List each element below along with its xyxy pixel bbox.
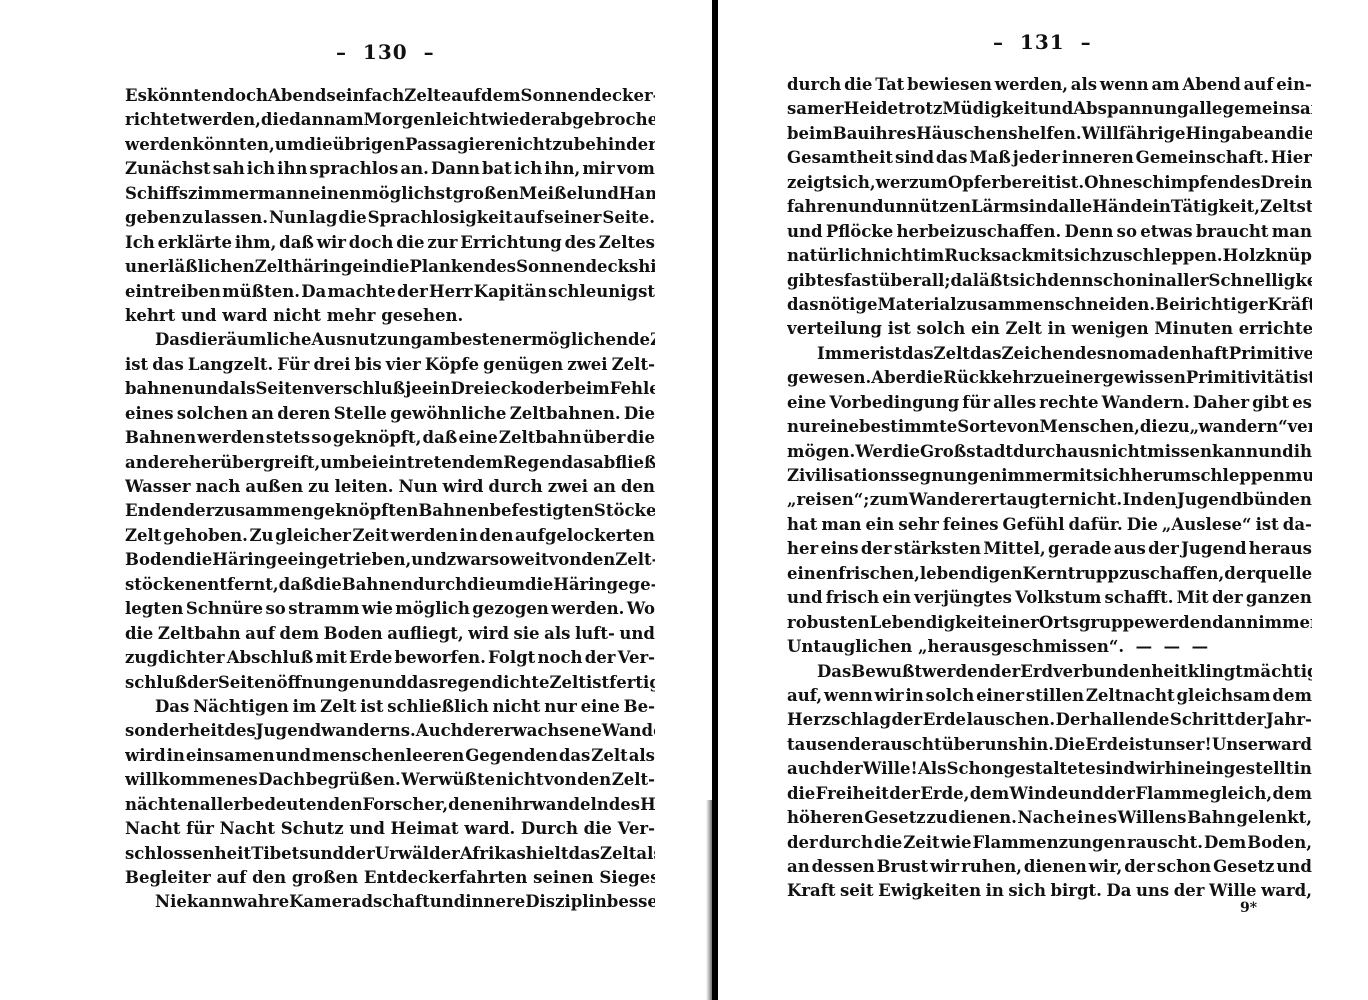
line-word: einsamen xyxy=(186,744,275,768)
line-word: solchen xyxy=(177,402,248,426)
text-line: NachtfürNachtSchutzundHeimatward.Durchdi… xyxy=(125,817,655,841)
line-word: möglich xyxy=(395,597,470,621)
text-line: andereherübergreift,umbeieintretendemReg… xyxy=(125,451,655,475)
line-word: eintretendem xyxy=(378,451,503,475)
line-word: eine xyxy=(787,391,826,415)
text-line: schlußderSeitenöffnungenunddasregendicht… xyxy=(125,671,655,695)
line-word: Zelt xyxy=(320,695,356,719)
line-word: an xyxy=(1264,122,1287,146)
line-word: da- xyxy=(1283,513,1312,537)
line-word: noch xyxy=(537,646,582,670)
text-line: wirdineinsamenundmenschenleerenGegendend… xyxy=(125,744,655,768)
line-word: Errichtung xyxy=(460,231,561,255)
line-word: und xyxy=(1258,440,1294,464)
line-word: Herzschlag xyxy=(787,708,891,732)
line-word: um xyxy=(275,133,304,157)
text-line: eintreibenmüßten.DamachtederHerrKapitäns… xyxy=(125,280,655,304)
line-word: in xyxy=(986,879,1004,903)
line-word: innere xyxy=(465,890,525,914)
line-word: Nun xyxy=(399,475,438,499)
line-word: braucht xyxy=(1196,220,1269,244)
line-word: werden xyxy=(197,426,264,450)
line-word: werden xyxy=(125,133,192,157)
line-word: aller xyxy=(1166,269,1208,293)
text-line: Bahnenwerdenstetssogeknöpft,daßeineZeltb… xyxy=(125,426,655,450)
line-word: n xyxy=(1084,806,1096,830)
line-word: Zelt- xyxy=(615,548,655,572)
line-word: Primitiven xyxy=(1229,342,1312,366)
line-word: zeigt xyxy=(787,171,832,195)
line-word: stets xyxy=(266,426,310,450)
line-word: Forscher, xyxy=(363,793,449,817)
line-word: sie xyxy=(513,622,539,646)
line-word: Das xyxy=(155,695,189,719)
line-word: Immer xyxy=(817,342,879,366)
line-word: auf xyxy=(245,622,275,646)
line-word: Afrikas xyxy=(460,842,526,866)
line-word: Nacht xyxy=(125,817,180,841)
line-word: das xyxy=(559,744,591,768)
line-word: unerläßlichen xyxy=(125,255,255,279)
line-word: so xyxy=(490,548,510,572)
line-word: so xyxy=(265,597,285,621)
line-word: dann xyxy=(289,108,335,132)
line-word: zu xyxy=(182,206,203,230)
line-word: zum xyxy=(909,171,948,195)
line-word: die xyxy=(844,73,872,97)
text-line: auf,wennwirinsolcheinerstillenZeltnachtg… xyxy=(787,684,1312,708)
line-word: Das xyxy=(155,328,189,352)
line-word: geknöpft, xyxy=(333,426,421,450)
line-word: gelenkt, xyxy=(1236,806,1312,830)
line-word: Opfer xyxy=(948,171,1000,195)
line-word: Dem xyxy=(1204,831,1246,855)
line-word: durch xyxy=(787,73,841,97)
line-word: den xyxy=(479,524,513,548)
line-word: dem xyxy=(970,782,1010,806)
text-line: natürlichnichtimRucksackmitsichzuschlepp… xyxy=(787,244,1312,268)
line-word: er- xyxy=(633,84,655,108)
line-word: aufgelockerten xyxy=(515,524,655,548)
line-word: durchaus xyxy=(1013,440,1099,464)
line-word: regendichte xyxy=(438,671,549,695)
line-word: nicht xyxy=(873,244,921,268)
line-word: als xyxy=(544,622,570,646)
line-word: das xyxy=(936,146,968,170)
line-word: und xyxy=(349,817,385,841)
line-word: Ver- xyxy=(618,817,655,841)
line-word: wir xyxy=(930,855,959,879)
line-word: schluß xyxy=(125,671,187,695)
line-word: i xyxy=(1077,806,1083,830)
line-word: Da xyxy=(301,280,326,304)
line-word: durch xyxy=(819,831,873,855)
left-page: – 130 – EskönntendochAbendseinfachZeltea… xyxy=(0,0,712,1000)
line-word: des xyxy=(1075,342,1106,366)
line-word: Erde xyxy=(349,646,392,670)
line-word: hin. xyxy=(1018,733,1054,757)
line-word: Jugendwanderns. xyxy=(256,719,416,743)
line-word: Durch xyxy=(521,817,578,841)
line-word: jeder xyxy=(1013,146,1060,170)
line-word: das xyxy=(970,342,1002,366)
line-word: das xyxy=(902,342,934,366)
line-word: Abschluß xyxy=(227,646,313,670)
text-line: gebenzulassen.NunlagdieSprachlosigkeitau… xyxy=(125,206,655,230)
line-word: Zelt xyxy=(591,744,627,768)
line-word: Zelt- xyxy=(612,353,655,377)
text-line: andessenBrustwirruhen,dienenwir,derschon… xyxy=(787,855,1312,879)
line-word: so xyxy=(1117,220,1137,244)
line-word: stärksten xyxy=(894,537,981,561)
line-word: je xyxy=(405,377,421,401)
line-word: an xyxy=(593,475,616,499)
line-word: Tätigkeit, xyxy=(1171,195,1260,219)
line-word: oder xyxy=(522,377,564,401)
line-word: bat xyxy=(482,157,512,181)
line-word: Wanderer xyxy=(909,488,999,512)
line-word: stöcken xyxy=(125,573,197,597)
line-word: rauscht xyxy=(871,733,941,757)
line-word: Hier xyxy=(1271,146,1312,170)
line-word: für xyxy=(962,391,990,415)
text-line: DasBewußtwerdenderErdverbundenheitklingt… xyxy=(787,660,1312,684)
line-word: läßt xyxy=(973,269,1010,293)
line-word: ihre xyxy=(1294,440,1312,464)
line-word: sind xyxy=(1019,195,1058,219)
line-word: die xyxy=(467,573,495,597)
text-line: dasnötigeMaterialzusammenschneiden.Beiri… xyxy=(787,293,1312,317)
line-word: vom xyxy=(617,157,655,181)
line-word: werden. xyxy=(551,597,624,621)
line-word: zum xyxy=(870,488,909,512)
line-word: überall; xyxy=(878,269,950,293)
line-word: feines xyxy=(943,513,999,537)
line-word: richtet xyxy=(125,108,188,132)
line-word: willkommenes xyxy=(125,768,258,792)
line-word: in xyxy=(1153,195,1171,219)
line-word: auf xyxy=(451,84,481,108)
line-word: daß xyxy=(279,573,314,597)
line-word: schimpfendes xyxy=(1133,171,1261,195)
line-word: schaffen, xyxy=(1140,562,1224,586)
line-word: ihres xyxy=(869,122,916,146)
line-word: Vorbedingung xyxy=(829,391,959,415)
line-word: vier xyxy=(386,353,421,377)
line-word: gewissen xyxy=(1102,366,1186,390)
text-line: kehrt und ward nicht mehr gesehen. xyxy=(125,304,655,328)
line-word: Fehlen xyxy=(610,377,655,401)
line-word: uns xyxy=(985,733,1018,757)
line-word: gibt xyxy=(787,269,824,293)
text-line: Icherklärteihm,daßwirdochdiezurErrichtun… xyxy=(125,231,655,255)
line-word: Zelt xyxy=(125,524,161,548)
line-word: wieder xyxy=(488,108,550,132)
text-line: GesamtheitsinddasMaßjederinnerenGemeinsc… xyxy=(787,146,1312,170)
line-word: ist xyxy=(360,695,383,719)
line-word: sich, xyxy=(832,171,875,195)
line-word: auf xyxy=(514,206,544,230)
line-word: seiner xyxy=(544,206,601,230)
line-word: zu xyxy=(1033,366,1054,390)
line-word: der xyxy=(889,782,920,806)
line-word: Urwälder xyxy=(375,842,460,866)
line-word: ein xyxy=(422,377,451,401)
line-word: gewöhnliche xyxy=(390,402,506,426)
line-word: zu xyxy=(1168,415,1189,439)
text-line: zugdichterAbschlußmitErdebeworfen.Folgtn… xyxy=(125,646,655,670)
line-word: wandelndes xyxy=(532,793,641,817)
line-word: für xyxy=(186,817,214,841)
line-word: um xyxy=(495,573,524,597)
line-word: Zeltbahnen. xyxy=(510,402,621,426)
line-word: wird xyxy=(125,744,166,768)
line-word: Sorte xyxy=(957,415,1007,439)
line-word: Nie xyxy=(155,890,187,914)
line-word: am xyxy=(422,328,450,352)
line-word: der xyxy=(184,499,215,523)
line-word: man xyxy=(821,513,861,537)
line-word: e xyxy=(1097,806,1108,830)
line-word: einen xyxy=(787,562,838,586)
line-word: fertig. xyxy=(609,671,655,695)
line-word: das xyxy=(562,451,594,475)
line-word: schon xyxy=(1094,269,1148,293)
line-word: die xyxy=(1140,415,1168,439)
text-line: BodendieHäringeeingetrieben,undzwarsowei… xyxy=(125,548,655,572)
line-word: werden xyxy=(391,524,458,548)
text-line: KraftseitEwigkeiteninsichbirgt.DaunsderW… xyxy=(787,879,1312,903)
line-word: der xyxy=(892,708,923,732)
line-word: des xyxy=(224,719,255,743)
line-word: und xyxy=(1276,855,1312,879)
line-word: birgt. xyxy=(1051,879,1102,903)
line-word: Bahn xyxy=(1187,806,1236,830)
line-word: über xyxy=(583,426,626,450)
line-word: „wandern“ xyxy=(1190,415,1288,439)
line-word: über xyxy=(942,733,985,757)
text-line: EndenderzusammengeknöpftenBahnenbefestig… xyxy=(125,499,655,523)
line-word: gleicher xyxy=(275,524,351,548)
line-word: Menschen, xyxy=(1040,415,1140,439)
line-word: Volkstum xyxy=(1015,586,1101,610)
line-word: der xyxy=(1104,782,1135,806)
line-word: des xyxy=(485,255,516,279)
line-word: „reisen“; xyxy=(787,488,869,512)
line-word: das xyxy=(152,353,184,377)
line-word: immer xyxy=(1001,464,1061,488)
line-word: Passagiere xyxy=(405,133,504,157)
line-word: Lebendigkeit xyxy=(870,611,991,635)
line-word: fahren xyxy=(787,195,848,219)
line-word: da xyxy=(951,269,973,293)
line-word: zu xyxy=(1119,562,1140,586)
line-word: zugdichter xyxy=(125,646,225,670)
line-word: rechte xyxy=(1039,391,1098,415)
line-word: nicht. xyxy=(1068,488,1122,512)
line-word: wie xyxy=(362,597,393,621)
line-word: wenn xyxy=(1100,73,1149,97)
line-word: nötige xyxy=(819,293,878,317)
line-word: herübergreift, xyxy=(189,451,320,475)
line-word: Häringe xyxy=(553,573,628,597)
line-word: Seite. xyxy=(602,206,655,230)
line-word: Zelt- xyxy=(612,768,655,792)
line-word: ist xyxy=(1256,513,1279,537)
line-word: Kameradschaft xyxy=(289,890,430,914)
line-word: zwar xyxy=(447,548,490,572)
line-word: eintreiben xyxy=(125,280,221,304)
line-word: Erde xyxy=(923,708,966,732)
line-word: bahnen xyxy=(125,377,194,401)
line-word: Zivilisationssegnungen xyxy=(787,464,1001,488)
line-word: dafür. xyxy=(1069,513,1123,537)
line-word: Zeit xyxy=(903,831,939,855)
line-word: bereit xyxy=(1000,171,1055,195)
line-word: zusammenschneiden. xyxy=(956,293,1155,317)
text-line: ImmeristdasZeltdasZeichendesnomadenhaftP… xyxy=(787,342,1312,366)
line-word: mit xyxy=(315,646,346,670)
line-word: wird xyxy=(468,622,509,646)
line-word: gleichsam xyxy=(1177,684,1271,708)
line-word: ge- xyxy=(629,573,655,597)
line-word: den xyxy=(581,548,615,572)
line-word: gerade xyxy=(1048,537,1111,561)
text-line: nureinebestimmteSortevonMenschen,diezu„w… xyxy=(787,415,1312,439)
line-word: werden, xyxy=(995,73,1068,97)
line-word: ward. xyxy=(464,817,515,841)
line-word: außen xyxy=(245,475,303,499)
line-word: sprachlos xyxy=(310,157,399,181)
line-word: Boden xyxy=(125,548,184,572)
line-word: als xyxy=(629,744,655,768)
line-word: Disziplin xyxy=(525,890,607,914)
line-word: Wille! xyxy=(863,757,918,781)
line-word: machte xyxy=(327,280,395,304)
line-word: zur xyxy=(427,231,457,255)
line-word: die xyxy=(396,231,424,255)
line-word: Planken xyxy=(409,255,484,279)
line-word: Primitivität xyxy=(1186,366,1293,390)
line-word: der xyxy=(585,646,616,670)
line-word: bestimmte xyxy=(859,415,957,439)
line-word: an xyxy=(787,855,810,879)
line-text: verteilung ist solch ein Zelt in wenigen… xyxy=(787,317,1312,341)
line-word: Ohne xyxy=(1084,171,1133,195)
line-word: Bahnen xyxy=(418,499,489,523)
line-word: sich xyxy=(1008,879,1046,903)
line-word: am xyxy=(335,108,363,132)
line-word: luft- xyxy=(575,622,615,646)
line-word: Boden, xyxy=(1247,831,1312,855)
line-word: nach xyxy=(196,475,241,499)
line-word: Bahnen xyxy=(342,573,413,597)
line-word: schafft. xyxy=(1105,586,1174,610)
line-word: lebendigen xyxy=(920,562,1023,586)
text-line: einenfrischen,lebendigenKerntruppzuschaf… xyxy=(787,562,1312,586)
text-line: mögen.WerdieGroßstadtdurchausnichtmissen… xyxy=(787,440,1312,464)
line-text: kehrt und ward nicht mehr gesehen. xyxy=(125,304,463,328)
line-word: ist xyxy=(125,353,148,377)
line-word: stillen xyxy=(1026,684,1084,708)
line-word: Hingabe xyxy=(1186,122,1264,146)
line-word: dem xyxy=(1272,782,1312,806)
line-word: Rückkehr xyxy=(943,366,1033,390)
line-word: Zeltbahn xyxy=(499,426,582,450)
line-word: Zelt xyxy=(550,671,586,695)
line-word: die xyxy=(627,426,655,450)
text-line: auchderWille!AlsSchongestaltetesindwirhi… xyxy=(787,757,1312,781)
line-word: und xyxy=(309,842,345,866)
line-word: alle xyxy=(1189,97,1223,121)
line-word: Aber xyxy=(871,366,915,390)
line-word: die xyxy=(525,573,553,597)
line-word: wüßte xyxy=(438,768,495,792)
line-word: Sonnendecks xyxy=(516,255,638,279)
line-word: geben xyxy=(125,206,181,230)
line-word: räumliche xyxy=(218,328,312,352)
line-word: es xyxy=(1292,391,1312,415)
line-word: Pflöcke xyxy=(826,220,893,244)
line-word: mit xyxy=(1033,244,1064,268)
line-word: Zu xyxy=(249,524,273,548)
line-word: Kerntrupp xyxy=(1023,562,1120,586)
line-word: zwei xyxy=(567,353,607,377)
line-word: Erde xyxy=(1085,733,1128,757)
line-word: andere xyxy=(125,451,189,475)
line-word: eine xyxy=(820,415,859,439)
line-word: sich xyxy=(1010,269,1048,293)
line-word: an. xyxy=(400,157,428,181)
line-word: etwas xyxy=(1140,220,1192,244)
line-word: wird xyxy=(443,475,484,499)
line-word: so xyxy=(311,426,331,450)
line-word: „Auslese“ xyxy=(1162,513,1252,537)
line-word: Als xyxy=(918,757,946,781)
line-word: durch xyxy=(488,475,542,499)
line-word: fast xyxy=(844,269,879,293)
line-word: Tibets xyxy=(251,842,309,866)
line-word: eingetrieben, xyxy=(288,548,412,572)
line-word: die xyxy=(787,782,815,806)
line-word: Meißel xyxy=(519,182,583,206)
gutter-shadow xyxy=(706,800,712,1000)
line-word: Zeltes xyxy=(599,231,655,255)
line-word: einer xyxy=(1054,366,1102,390)
line-word: Bau xyxy=(833,122,870,146)
line-word: Schnüre xyxy=(186,597,263,621)
line-word: es xyxy=(824,269,844,293)
line-word: ich xyxy=(514,157,542,181)
line-word: werden xyxy=(1145,611,1212,635)
line-word: samer xyxy=(787,97,844,121)
line-word: und xyxy=(787,586,823,610)
line-word: die xyxy=(584,817,612,841)
line-word: ist xyxy=(586,671,609,695)
line-word: in xyxy=(363,255,381,279)
line-word: die xyxy=(189,328,217,352)
line-word: Gesetz xyxy=(864,806,925,830)
line-word: Jugendbünden xyxy=(1177,488,1312,512)
line-word: Wanderer xyxy=(602,719,655,743)
line-word: Zeltnacht xyxy=(1086,684,1175,708)
line-word: werden, xyxy=(188,108,261,132)
line-word: einer xyxy=(991,611,1039,635)
line-word: Schiffszimmermann xyxy=(125,182,310,206)
text-line: zeigtsich,werzumOpferbereitist.Ohneschim… xyxy=(787,171,1312,195)
line-word: Sonnendeck xyxy=(521,84,634,108)
line-word: und xyxy=(787,220,823,244)
